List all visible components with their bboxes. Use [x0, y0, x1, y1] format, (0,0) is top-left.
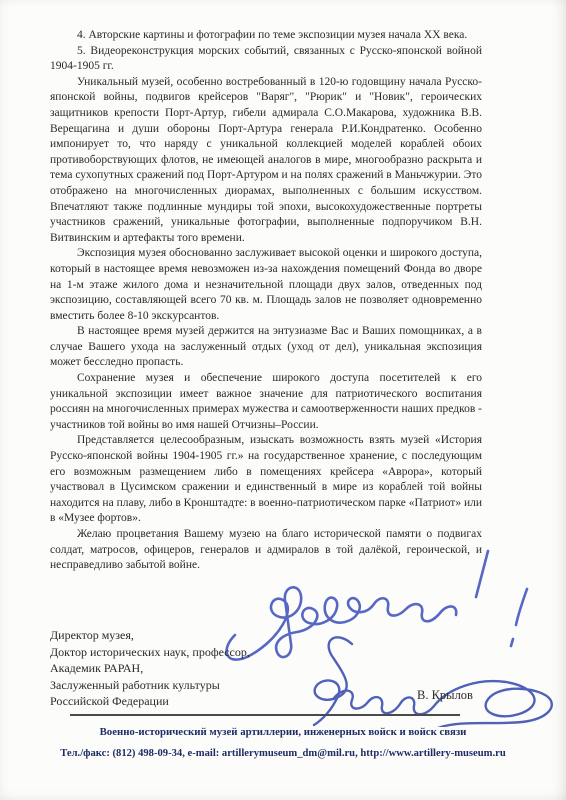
paragraph-item-5: 5. Видеореконструкция морских событий, с… [50, 44, 482, 75]
footer-organization-line: Военно-исторический музей артиллерии, ин… [30, 726, 536, 738]
footer-divider-line [70, 714, 460, 716]
director-signature-ink [278, 632, 566, 727]
paragraph-item-4: 4. Авторские картины и фотографии по тем… [50, 28, 482, 44]
signoff-title-line: Российской Федерации [50, 693, 250, 710]
signoff-titles: Директор музея, Доктор исторических наук… [50, 627, 250, 710]
signer-name: В. Крылов [417, 688, 473, 703]
signoff-title-line: Заслуженный работник культуры [50, 677, 250, 694]
footer-contact-line: Тел./факс: (812) 498-09-34, e-mail: arti… [20, 748, 546, 759]
paragraph-proposal: Представляется целесообразным, изыскать … [50, 433, 482, 527]
signoff-title-line: Академик РАРАН, [50, 660, 250, 677]
signoff-title-line: Директор музея, [50, 627, 250, 644]
paragraph-museum-unique: Уникальный музей, особенно востребованны… [50, 75, 482, 247]
letter-page: 4. Авторские картины и фотографии по тем… [0, 0, 566, 800]
letter-body: 4. Авторские картины и фотографии по тем… [50, 28, 482, 574]
signoff-title-line: Доктор исторических наук, профессор, [50, 644, 250, 661]
paragraph-wishes: Желаю процветания Вашему музею на благо … [50, 527, 482, 574]
paragraph-preservation: Сохранение музея и обеспечение широкого … [50, 371, 482, 433]
paragraph-exposition: Экспозиция музея обоснованно заслуживает… [50, 246, 482, 324]
paragraph-enthusiasm: В настоящее время музей держится на энту… [50, 324, 482, 371]
